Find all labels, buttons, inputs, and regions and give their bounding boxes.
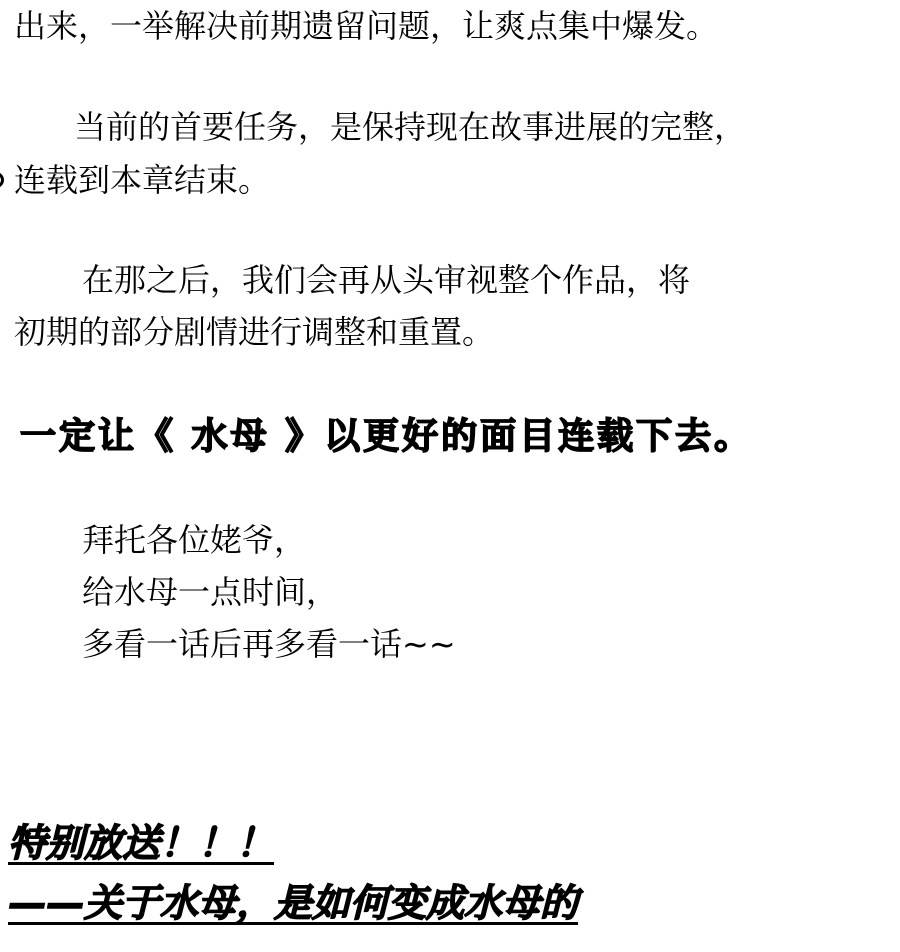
paragraph-2-line-2: 连载到本章结束。 <box>14 160 270 200</box>
closing-line-2: 给水母一点时间， <box>82 572 338 612</box>
closing-line-1: 拜托各位姥爷， <box>82 520 306 560</box>
closing-line-3: 多看一话后再多看一话~~ <box>82 624 456 664</box>
paragraph-2-line-1: 当前的首要任务，是保持现在故事进展的完整， <box>74 107 746 147</box>
special-title: 特别放送！！！ <box>8 820 274 866</box>
paragraph-3-line-2: 初期的部分剧情进行调整和重置。 <box>14 312 494 352</box>
special-subtitle: ——关于水母，是如何变成水母的 <box>8 880 578 926</box>
paragraph-3-line-1: 在那之后，我们会再从头审视整个作品，将 <box>82 260 690 300</box>
paragraph-1-line-1: 出来，一举解决前期遗留问题，让爽点集中爆发。 <box>14 6 718 46</box>
emphasis-statement: 一定让《 水母 》以更好的面目连载下去。 <box>20 415 753 459</box>
cropped-glyph-mark <box>0 172 4 188</box>
